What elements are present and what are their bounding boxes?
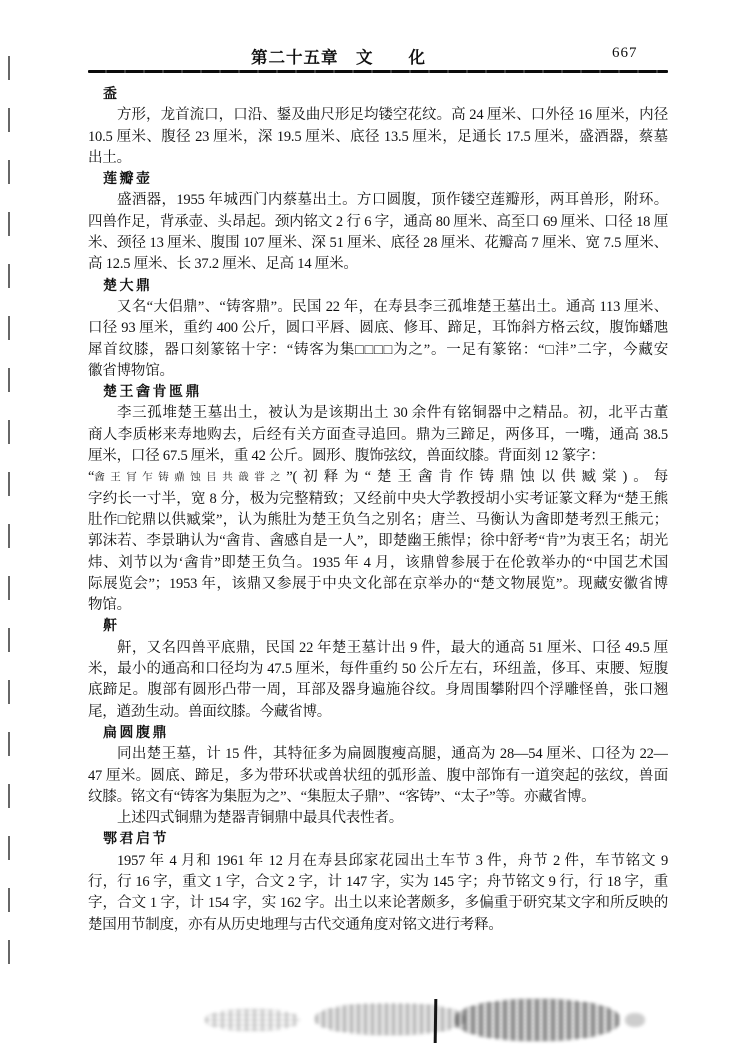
- scanned-page: 第二十五章 文 化 667 盉方形，龙首流口，口沿、鋬及曲尺形足均镂空花纹。高 …: [0, 0, 747, 1046]
- text-line: 方形，龙首流口，口沿、鋬及曲尺形足均镂空花纹。高 24 厘米、口外径 16 厘米…: [88, 105, 668, 126]
- section-heading: 盉: [88, 84, 668, 105]
- scan-smudge-tick: [434, 999, 438, 1043]
- text-line: 1957 年 4 月和 1961 年 12 月在寿县邱家花园出土车节 3 件，舟…: [88, 851, 668, 872]
- text-line: 郭沫若、李景聃认为“酓肯、酓感自是一人”，即楚幽王熊悍；徐中舒考“肯”为衷王名；…: [88, 531, 668, 552]
- text-line: 肚作□铊鼎以供臧棠”，认为熊肚为楚王负刍之别名；唐兰、马衡认为酓即楚考烈王熊元；: [88, 510, 668, 531]
- text-line: 徽省博物馆。: [88, 361, 668, 382]
- smudge-blob: [625, 1013, 645, 1027]
- section-heading: 楚大鼎: [88, 276, 668, 297]
- text-line: 尾，遒劲生动。兽面纹膝。今藏省博。: [88, 702, 668, 723]
- text-line: 楚国用节制度，亦有从历史地理与古代交通角度对铭文进行考释。: [88, 915, 668, 936]
- text-line: 商人李质彬来寿地购去，后经有关方面查寻追回。鼎为三蹄足，两侈耳，一嘴，通高 38…: [88, 425, 668, 446]
- section-heading: 扁圆腹鼎: [88, 723, 668, 744]
- text-line: 际展览会”；1953 年，该鼎又参展于中央文化部在京举办的“楚文物展览”。现藏安…: [88, 574, 668, 595]
- text-line: “酓王肎乍铸鼑蚀㠯共戠甞之”(初释为“楚王酓肯作铸鼎蚀以供臧棠)。每: [88, 467, 668, 488]
- text-line: 炜、刘节以为‘酓肯”即楚王负刍。1935 年 4 月，该鼎曾参展于在伦敦举办的“…: [88, 553, 668, 574]
- text-line: 纹膝。铭文有“铸客为集脰为之”、“集脰太子鼎”、“客铸”、“太子”等。亦藏省博。: [88, 787, 668, 808]
- text-line: 米、颈径 13 厘米、腹围 107 厘米、深 51 厘米、底径 28 厘米、花瓣…: [88, 233, 668, 254]
- section-heading: 鼾: [88, 616, 668, 637]
- text-line: 出土。: [88, 148, 668, 169]
- text-line: 盛酒器，1955 年城西门内蔡墓出土。方口圆腹，顶作镂空莲瓣形，两耳兽形，附环。: [88, 190, 668, 211]
- text-line: 鼾，又名四兽平底鼎，民国 22 年楚王墓计出 9 件，最大的通高 51 厘米、口…: [88, 638, 668, 659]
- smudge-blob: [315, 1003, 465, 1035]
- seal-script-inscription: 酓王肎乍铸鼑蚀㠯共戠甞之: [94, 467, 286, 488]
- text-line: 字约长一寸半，宽 8 分，极为完整精致；又经前中央大学教授胡小实考证篆文释为“楚…: [88, 489, 668, 510]
- text-line: 字，合文 1 字，计 154 字，实 162 字。出土以来论著颇多，多偏重于研究…: [88, 893, 668, 914]
- text-line: 四兽作足，背承壶、头昂起。颈内铭文 2 行 6 字，通高 80 厘米、高至口 6…: [88, 212, 668, 233]
- smudge-blob: [455, 999, 620, 1041]
- scan-edge-artifact: [8, 56, 10, 986]
- text-line: 47 厘米。圆底、蹄足，多为带环状或兽状纽的弧形盖、腹中部饰有一道突起的弦纹，兽…: [88, 766, 668, 787]
- section-heading: 鄂君启节: [88, 829, 668, 850]
- header-rule: [88, 70, 668, 73]
- text-line: 犀首纹膝，器口刻篆铭十字：“铸客为集□□□□为之”。一足有篆铭：“□沣”二字，今…: [88, 340, 668, 361]
- text-line: 口径 93 厘米，重约 400 公斤，圆口平唇、圆底、修耳、蹄足，耳饰斜方格云纹…: [88, 318, 668, 339]
- text-line: 上述四式铜鼎为楚器青铜鼎中最具代表性者。: [88, 808, 668, 829]
- section-heading: 莲瓣壶: [88, 169, 668, 190]
- text-line: 同出楚王墓，计 15 件，其特征多为扁圆腹瘦高腿，通高为 28—54 厘米、口径…: [88, 744, 668, 765]
- chapter-title: 第二十五章 文 化: [0, 44, 677, 68]
- text-line: 行，行 16 字，重文 1 字，合文 2 字，计 147 字，实为 145 字；…: [88, 872, 668, 893]
- page-number: 667: [612, 45, 638, 62]
- text-line: 米，最小的通高和口径均为 47.5 厘米，每件重约 50 公斤左右，环纽盖，侈耳…: [88, 659, 668, 680]
- section-heading: 楚王酓肯匜鼎: [88, 382, 668, 403]
- smudge-blob: [205, 1009, 300, 1031]
- text-line: 高 12.5 厘米、长 37.2 厘米、足高 14 厘米。: [88, 254, 668, 275]
- text-line: 又名“大侣鼎”、“铸客鼎”。民国 22 年，在寿县李三孤堆楚王墓出土。通高 11…: [88, 297, 668, 318]
- text-line: 底蹄足。腹部有圆形凸带一周，耳部及器身遍施谷纹。身周围攀附四个浮雕怪兽，张口翘: [88, 680, 668, 701]
- scan-smudge-artifact: [205, 995, 635, 1043]
- text-line: 物馆。: [88, 595, 668, 616]
- text-line: 厘米，口径 67.5 厘米，重 42 公斤。圆形、腹饰弦纹，兽面纹膝。背面刻 1…: [88, 446, 668, 467]
- page-body: 盉方形，龙首流口，口沿、鋬及曲尺形足均镂空花纹。高 24 厘米、口外径 16 厘…: [88, 84, 668, 936]
- text-line: 10.5 厘米、腹径 23 厘米，深 19.5 厘米、底径 13.5 厘米，足通…: [88, 127, 668, 148]
- text-line: 李三孤堆楚王墓出土，被认为是该期出土 30 余件有铭铜器中之精品。初，北平古董: [88, 403, 668, 424]
- inscription-interpretation: ”(初释为“楚王酓肯作铸鼎蚀以供臧棠)。每: [286, 469, 668, 485]
